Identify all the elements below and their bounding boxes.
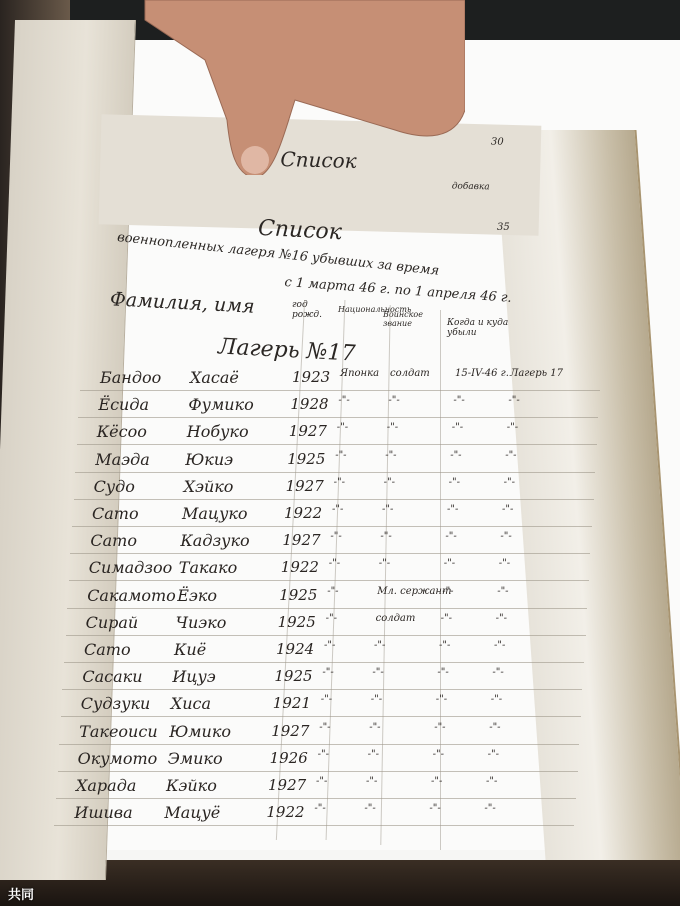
given-name: Эмико	[168, 749, 223, 768]
given-name: Хэйко	[184, 477, 234, 496]
birth-year: 1922	[266, 803, 304, 821]
nationality: -"-	[324, 640, 335, 651]
departure-date: -"-	[445, 531, 456, 542]
departure-date: -"-	[433, 749, 444, 760]
ruled-line	[62, 689, 582, 690]
birth-year: 1926	[270, 749, 308, 767]
ruled-line	[69, 580, 589, 581]
birth-year: 1925	[279, 586, 317, 604]
given-name: Мацуко	[182, 504, 248, 523]
departure-date: -"-	[450, 450, 461, 461]
nationality: Японка	[340, 368, 379, 379]
header-when-where: Когда и куда убыли	[447, 318, 527, 338]
ruled-line	[78, 417, 598, 418]
departure-date: -"-	[452, 422, 463, 433]
nationality: -"-	[338, 395, 349, 406]
surname: Харада	[76, 776, 136, 795]
rank: -"-	[371, 694, 382, 705]
departure-date: -"-	[436, 694, 447, 705]
ruled-line	[58, 771, 578, 772]
nationality: -"-	[334, 477, 345, 488]
ruled-line	[75, 472, 595, 473]
departure-date: 15-IV-46 г.	[455, 368, 509, 379]
given-name: Юмико	[169, 722, 231, 741]
destination: -"-	[486, 776, 497, 787]
surname: Ишива	[74, 803, 132, 822]
ruled-line	[66, 635, 586, 636]
departure-date: -"-	[434, 722, 445, 733]
birth-year: 1927	[268, 776, 306, 794]
destination: -"-	[488, 749, 499, 760]
ruled-line	[80, 390, 600, 391]
surname: Такеоиси	[79, 722, 157, 741]
birth-year: 1924	[276, 640, 314, 658]
birth-year: 1925	[274, 667, 312, 685]
surname: Сато	[84, 640, 131, 659]
surname: Сасаки	[82, 667, 142, 686]
given-name: Кадзуко	[180, 531, 249, 550]
surname: Сирай	[86, 613, 139, 632]
destination: -"-	[489, 722, 500, 733]
rank: -"-	[382, 504, 393, 515]
rank: -"-	[369, 722, 380, 733]
rank: -"-	[374, 640, 385, 651]
nationality: -"-	[327, 586, 338, 597]
nationality: -"-	[335, 450, 346, 461]
given-name: Ёэко	[177, 586, 217, 605]
surname: Ёсида	[98, 395, 149, 414]
departure-date: -"-	[442, 586, 453, 597]
given-name: Фумико	[188, 395, 253, 414]
surname: Окумото	[78, 749, 158, 768]
hand-finger	[135, 0, 465, 175]
ruled-line	[64, 662, 584, 663]
rank: солдат	[390, 368, 430, 379]
nationality: -"-	[321, 694, 332, 705]
birth-year: 1927	[289, 422, 327, 440]
destination: -"-	[499, 558, 510, 569]
rank: -"-	[364, 803, 375, 814]
ruled-line	[70, 553, 590, 554]
ruled-line	[67, 608, 587, 609]
rank: -"-	[387, 422, 398, 433]
departure-date: -"-	[449, 477, 460, 488]
ruled-line	[77, 444, 597, 445]
ruled-line	[61, 716, 581, 717]
surname: Сакамото	[87, 586, 176, 605]
surname: Маэда	[95, 450, 150, 469]
given-name: Чиэко	[176, 613, 227, 632]
page-number-top: 30	[491, 136, 504, 147]
ruled-line	[72, 526, 592, 527]
rank: -"-	[380, 531, 391, 542]
ruled-line	[56, 798, 576, 799]
destination: -"-	[502, 504, 513, 515]
surname: Судзуки	[81, 694, 151, 713]
birth-year: 1923	[292, 368, 330, 386]
surname: Кёсоо	[97, 422, 147, 441]
birth-year: 1921	[273, 694, 311, 712]
birth-year: 1927	[282, 531, 320, 549]
destination: -"-	[507, 422, 518, 433]
nationality: -"-	[330, 531, 341, 542]
surname: Судо	[94, 477, 135, 496]
rank: -"-	[372, 667, 383, 678]
given-name: Кэйко	[166, 776, 217, 795]
nationality: -"-	[319, 722, 330, 733]
destination: -"-	[484, 803, 495, 814]
departure-date: -"-	[447, 504, 458, 515]
destination: -"-	[500, 531, 511, 542]
departure-date: -"-	[431, 776, 442, 787]
copyright-watermark: 共同	[8, 884, 34, 903]
birth-year: 1928	[290, 395, 328, 413]
birth-year: 1922	[281, 558, 319, 576]
rank: -"-	[366, 776, 377, 787]
document-title: Список	[257, 216, 342, 245]
top-sheet-note: добавка	[452, 181, 490, 192]
nationality: -"-	[314, 803, 325, 814]
rank: Мл. сержант	[377, 586, 451, 597]
given-name: Мацуё	[164, 803, 220, 822]
header-birth-year: год рожд.	[292, 300, 330, 320]
page-number-inner: 35	[497, 222, 510, 233]
rank: -"-	[379, 558, 390, 569]
departure-date: -"-	[441, 613, 452, 624]
birth-year: 1927	[286, 477, 324, 495]
destination: -"-	[496, 613, 507, 624]
departure-date: -"-	[439, 640, 450, 651]
departure-date: -"-	[437, 667, 448, 678]
destination: -"-	[508, 395, 519, 406]
rank: -"-	[385, 450, 396, 461]
surname: Сато	[90, 531, 137, 550]
nationality: -"-	[329, 558, 340, 569]
ruled-line	[59, 744, 579, 745]
birth-year: 1927	[271, 722, 309, 740]
departure-date: -"-	[453, 395, 464, 406]
birth-year: 1925	[287, 450, 325, 468]
given-name: Ицуэ	[172, 667, 215, 686]
departure-date: -"-	[444, 558, 455, 569]
rank: -"-	[388, 395, 399, 406]
ruled-line	[54, 825, 574, 826]
rank: солдат	[376, 613, 416, 624]
given-name: Такако	[179, 558, 238, 577]
nationality: -"-	[318, 749, 329, 760]
birth-year: 1925	[278, 613, 316, 631]
nationality: -"-	[322, 667, 333, 678]
departure-date: -"-	[429, 803, 440, 814]
given-name: Хиса	[171, 694, 211, 713]
destination: -"-	[492, 667, 503, 678]
destination: -"-	[504, 477, 515, 488]
destination: Лагерь 17	[510, 368, 563, 379]
nationality: -"-	[332, 504, 343, 515]
rank: -"-	[384, 477, 395, 488]
rank: -"-	[368, 749, 379, 760]
surname: Симадзоо	[89, 558, 172, 577]
surname: Сато	[92, 504, 139, 523]
given-name: Киё	[174, 640, 206, 659]
nationality: -"-	[326, 613, 337, 624]
destination: -"-	[505, 450, 516, 461]
destination: -"-	[491, 694, 502, 705]
nationality: -"-	[337, 422, 348, 433]
given-name: Юкиэ	[185, 450, 233, 469]
ruled-line	[74, 499, 594, 500]
birth-year: 1922	[284, 504, 322, 522]
given-name: Хасаё	[190, 368, 239, 387]
surname: Бандоо	[100, 368, 161, 387]
destination: -"-	[497, 586, 508, 597]
destination: -"-	[494, 640, 505, 651]
nationality: -"-	[316, 776, 327, 787]
given-name: Нобуко	[187, 422, 249, 441]
